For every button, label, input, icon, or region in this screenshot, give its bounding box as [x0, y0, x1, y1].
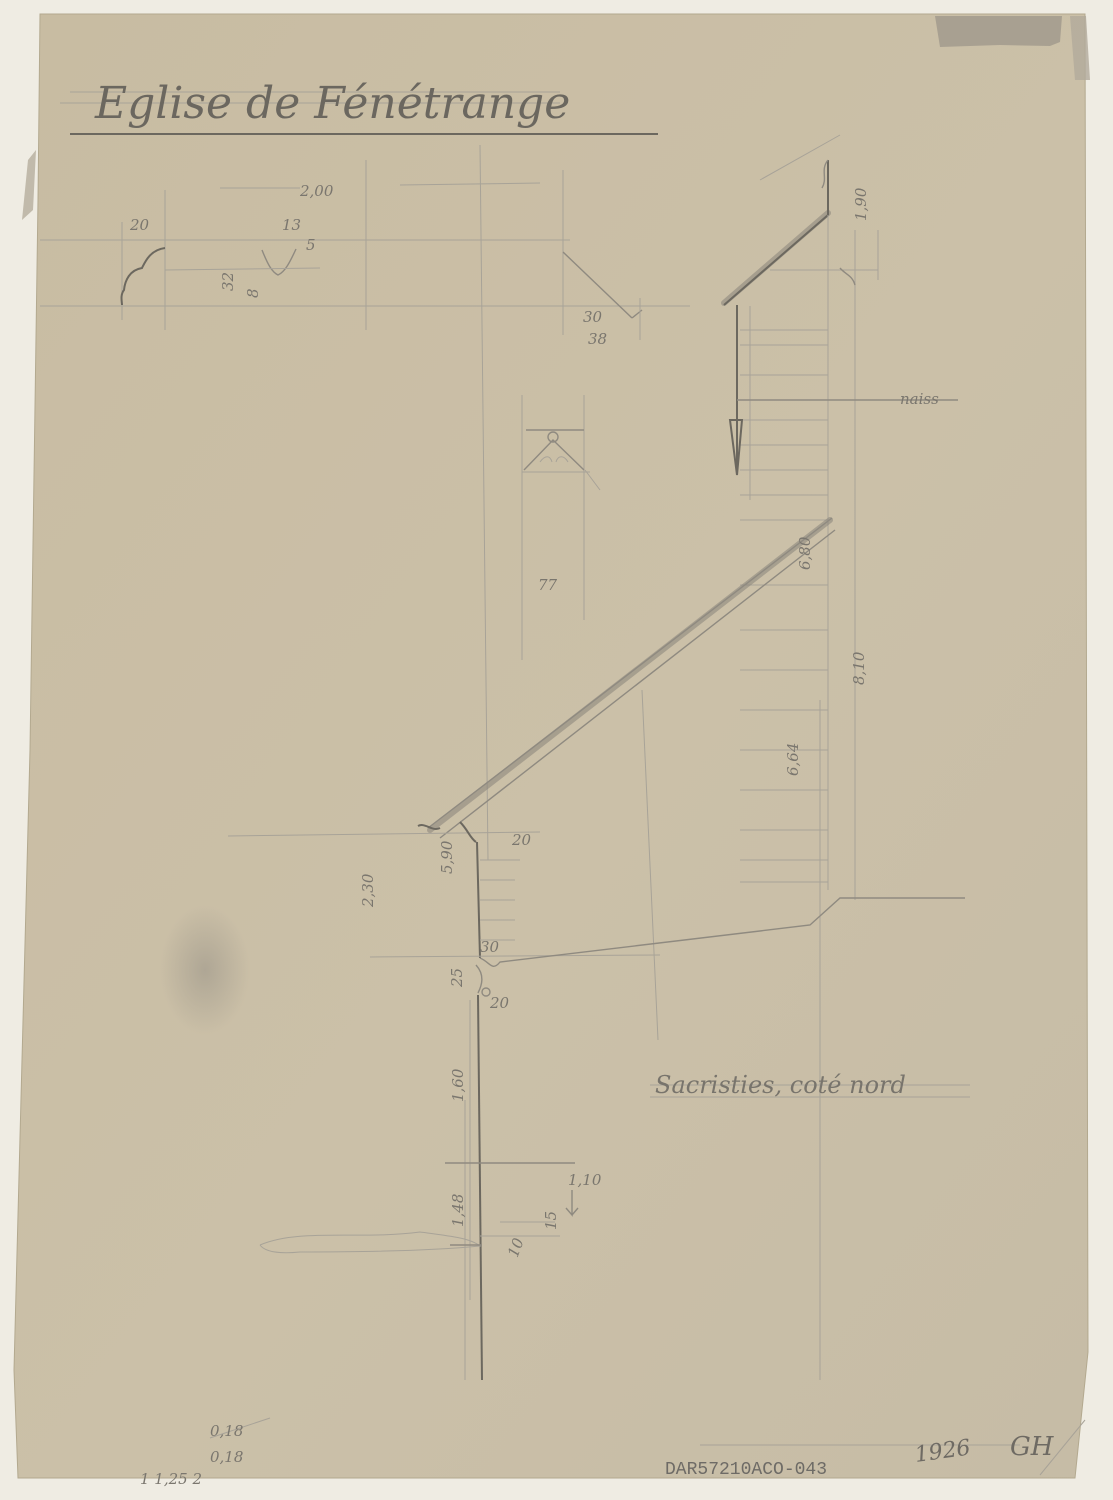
drawing-sheet: Eglise de Fénétrange Sacristies, coté no… — [0, 0, 1113, 1500]
dim-32: 32 — [219, 272, 237, 291]
calc-mid: 0,18 — [210, 1448, 243, 1466]
dim-5-90: 5,90 — [438, 840, 456, 874]
dim-38: 38 — [588, 330, 607, 348]
dim-1-10: 1,10 — [568, 1171, 602, 1189]
calc-top: 0,18 — [210, 1422, 243, 1440]
dim-8-10: 8,10 — [850, 651, 868, 685]
archive-reference: DAR57210ACO-043 — [665, 1460, 827, 1480]
dim-2-30: 2,30 — [359, 873, 377, 908]
dim-1-90: 1,90 — [852, 187, 870, 221]
dim-15: 15 — [542, 1211, 560, 1230]
dim-1-60: 1,60 — [449, 1068, 467, 1102]
calc-bottom: 1 1,25 2 — [140, 1470, 202, 1488]
dim-77: 77 — [538, 576, 558, 594]
dim-1-48: 1,48 — [449, 1194, 467, 1227]
sheet-title: Eglise de Fénétrange — [94, 78, 570, 129]
label-naiss: naiss — [900, 390, 939, 408]
dim-20-base: 20 — [489, 994, 510, 1012]
dim-25: 25 — [448, 968, 466, 988]
dim-20-eave: 20 — [511, 831, 532, 849]
architectural-sketch: Eglise de Fénétrange Sacristies, coté no… — [0, 0, 1113, 1500]
graphite-smudge — [160, 905, 250, 1035]
dim-6-80: 6,80 — [796, 536, 814, 570]
dim-13: 13 — [282, 216, 301, 234]
author-initials: GH — [1010, 1432, 1055, 1462]
sheet-caption: Sacristies, coté nord — [655, 1071, 906, 1099]
dim-30-ledge: 30 — [480, 938, 500, 956]
paper-tab-left — [22, 150, 36, 220]
paper-sheet — [14, 14, 1088, 1478]
tape-piece — [935, 16, 1062, 47]
dim-30: 30 — [583, 308, 603, 326]
dim-5: 5 — [306, 236, 316, 254]
dim-20: 20 — [129, 216, 150, 234]
dim-8: 8 — [244, 288, 262, 298]
dim-6-64: 6,64 — [784, 743, 802, 776]
dim-top-width: 2,00 — [299, 182, 334, 200]
